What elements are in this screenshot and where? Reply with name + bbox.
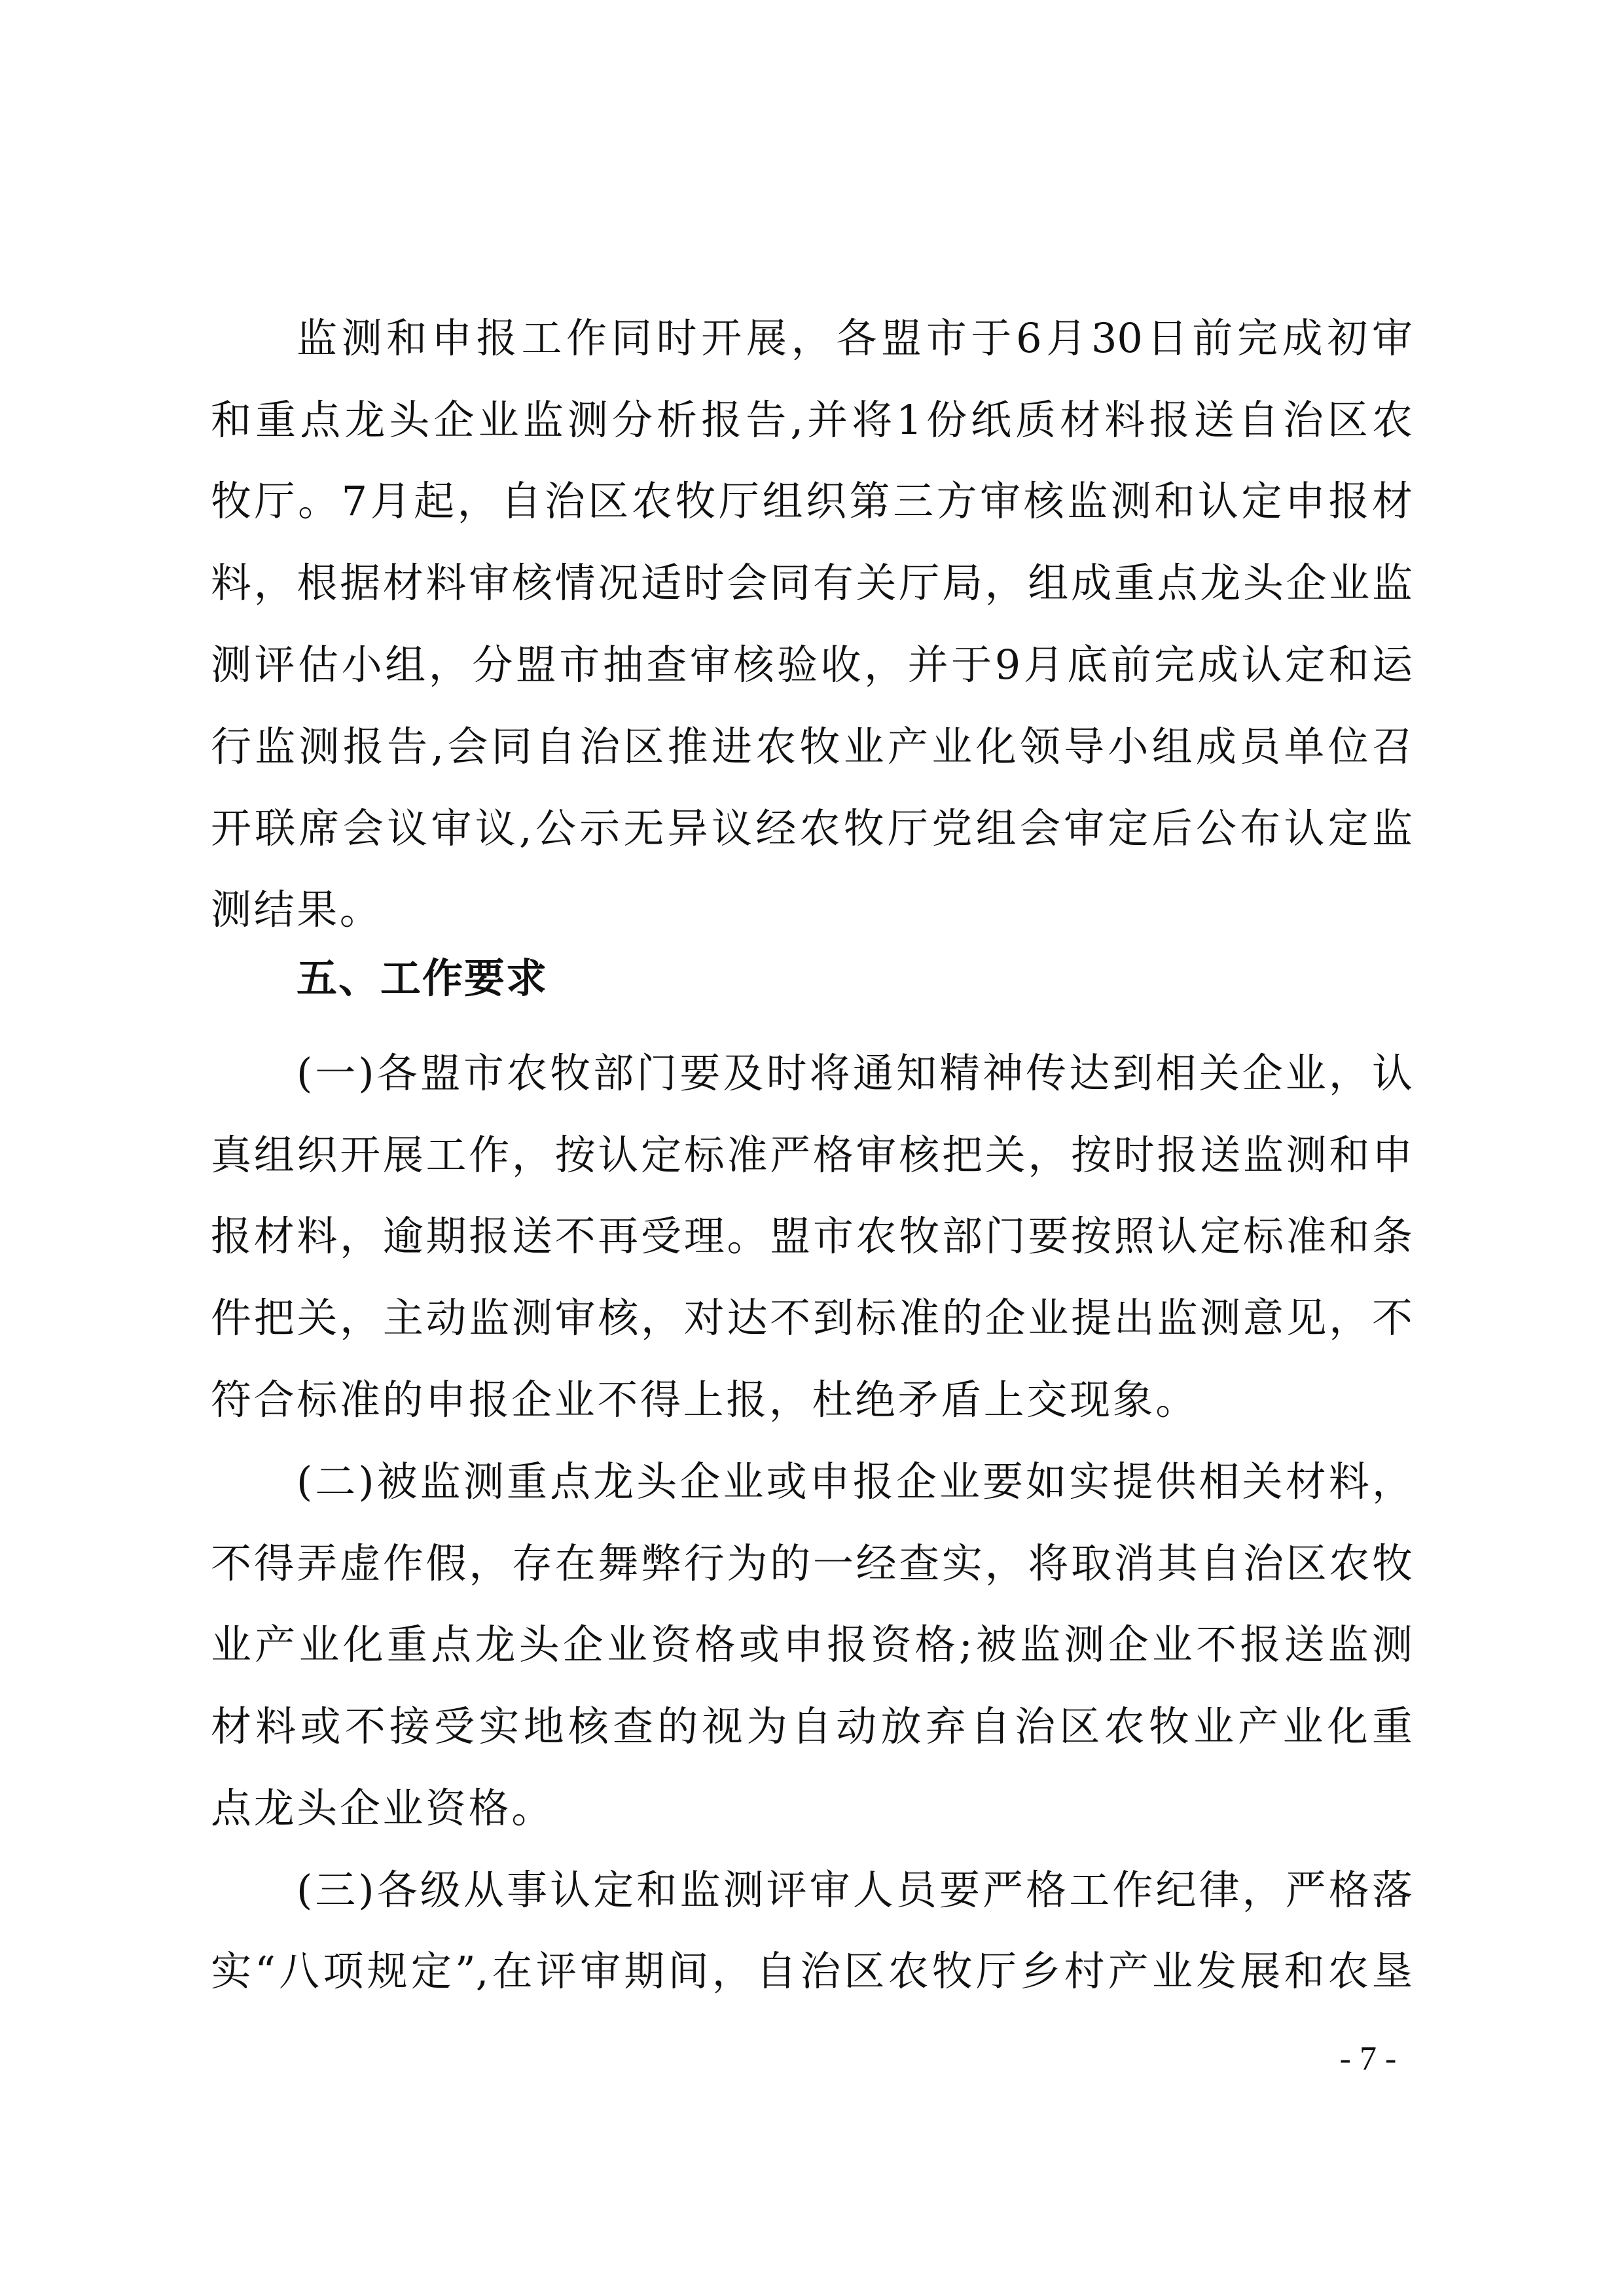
text-line: 真组织开展工作，按认定标准严格审核把关，按时报送监测和申	[211, 1134, 1413, 1215]
text-line: (二)被监测重点龙头企业或申报企业要如实提供相关材料，	[297, 1461, 1413, 1542]
text-line: 符合标准的申报企业不得上报，杜绝矛盾上交现象。	[211, 1379, 1413, 1460]
text-line: 不得弄虚作假，存在舞弊行为的一经查实，将取消其自治区农牧	[211, 1543, 1413, 1624]
text-line: 点龙头企业资格。	[211, 1787, 1413, 1869]
text-line: 料，根据材料审核情况适时会同有关厅局，组成重点龙头企业监	[211, 562, 1413, 643]
text-line: 件把关，主动监测审核，对达不到标准的企业提出监测意见，不	[211, 1297, 1413, 1378]
page-number: - 7 -	[1316, 2041, 1420, 2077]
text-line: (三)各级从事认定和监测评审人员要严格工作纪律，严格落	[297, 1869, 1413, 1950]
text-line: 和重点龙头企业监测分析报告,并将1份纸质材料报送自治区农	[211, 399, 1413, 480]
text-line: 业产业化重点龙头企业资格或申报资格;被监测企业不报送监测	[211, 1624, 1413, 1705]
text-line: 开联席会议审议,公示无异议经农牧厅党组会审定后公布认定监	[211, 808, 1413, 889]
text-line: 牧厅。7月起，自治区农牧厅组织第三方审核监测和认定申报材	[211, 480, 1413, 562]
text-line: 测评估小组，分盟市抽查审核验收，并于9月底前完成认定和运	[211, 644, 1413, 725]
document-page: 监测和申报工作同时开展，各盟市于6月30日前完成初审 和重点龙头企业监测分析报告…	[0, 0, 1624, 2296]
text-line: 行监测报告,会同自治区推进农牧业产业化领导小组成员单位召	[211, 726, 1413, 807]
text-line: 监测和申报工作同时开展，各盟市于6月30日前完成初审	[297, 317, 1413, 399]
text-line: 材料或不接受实地核查的视为自动放弃自治区农牧业产业化重	[211, 1706, 1413, 1787]
text-line: 报材料，逾期报送不再受理。盟市农牧部门要按照认定标准和条	[211, 1215, 1413, 1297]
text-line: 实“八项规定”,在评审期间，自治区农牧厅乡村产业发展和农垦	[211, 1950, 1413, 2032]
section-heading: 五、工作要求	[297, 958, 548, 999]
text-line: (一)各盟市农牧部门要及时将通知精神传达到相关企业，认	[297, 1052, 1413, 1134]
